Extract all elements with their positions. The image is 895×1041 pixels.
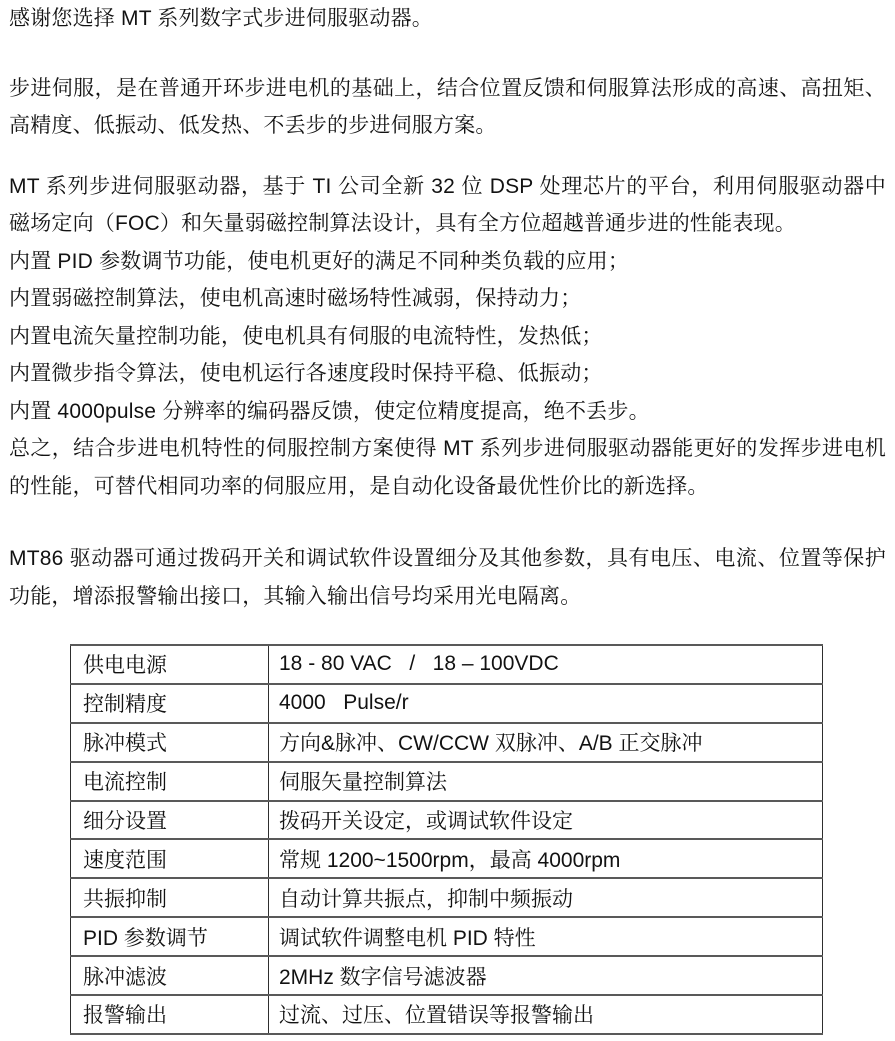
paragraph-mt86-features: MT86 驱动器可通过拨码开关和调试软件设置细分及其他参数，具有电压、电流、位置… — [9, 540, 886, 615]
spec-value-power-supply: 18 - 80 VAC / 18 – 100VDC — [269, 645, 823, 684]
paragraph-intro-thanks: 感谢您选择 MT 系列数字式步进伺服驱动器。 — [9, 0, 886, 38]
spec-label-pulse-filter: 脉冲滤波 — [71, 956, 269, 995]
spec-label-pulse-mode: 脉冲模式 — [71, 723, 269, 762]
spec-label-pid-tuning: PID 参数调节 — [71, 917, 269, 956]
table-row-pulse-mode: 脉冲模式 方向&脉冲、CW/CCW 双脉冲、A/B 正交脉冲 — [71, 723, 823, 762]
feature-line-pid-tuning: 内置 PID 参数调节功能，使电机更好的满足不同种类负载的应用； — [9, 243, 886, 281]
table-row-current-control: 电流控制 伺服矢量控制算法 — [71, 762, 823, 801]
spec-label-current-control: 电流控制 — [71, 762, 269, 801]
feature-line-microstep: 内置微步指令算法，使电机运行各速度段时保持平稳、低振动； — [9, 355, 886, 393]
spec-value-pulse-mode: 方向&脉冲、CW/CCW 双脉冲、A/B 正交脉冲 — [269, 723, 823, 762]
table-row-control-precision: 控制精度 4000 Pulse/r — [71, 684, 823, 723]
paragraph-mt-series-platform: MT 系列步进伺服驱动器，基于 TI 公司全新 32 位 DSP 处理芯片的平台… — [9, 168, 886, 243]
table-row-resonance-suppression: 共振抑制 自动计算共振点，抑制中频振动 — [71, 878, 823, 917]
spec-label-speed-range: 速度范围 — [71, 839, 269, 878]
spec-table: 供电电源 18 - 80 VAC / 18 – 100VDC 控制精度 4000… — [70, 644, 823, 1035]
table-row-alarm-output: 报警输出 过流、过压、位置错误等报警输出 — [71, 995, 823, 1034]
spec-value-pid-tuning: 调试软件调整电机 PID 特性 — [269, 917, 823, 956]
table-row-speed-range: 速度范围 常规 1200~1500rpm，最高 4000rpm — [71, 839, 823, 878]
spec-label-resonance-suppression: 共振抑制 — [71, 878, 269, 917]
spec-label-control-precision: 控制精度 — [71, 684, 269, 723]
table-row-power-supply: 供电电源 18 - 80 VAC / 18 – 100VDC — [71, 645, 823, 684]
paragraph-summary: 总之，结合步进电机特性的伺服控制方案使得 MT 系列步进伺服驱动器能更好的发挥步… — [9, 430, 886, 505]
feature-line-current-vector: 内置电流矢量控制功能，使电机具有伺服的电流特性，发热低； — [9, 318, 886, 356]
spec-label-microstep-setting: 细分设置 — [71, 801, 269, 840]
paragraph-stepper-servo-overview: 步进伺服，是在普通开环步进电机的基础上，结合位置反馈和伺服算法形成的高速、高扭矩… — [9, 70, 886, 145]
spec-value-control-precision: 4000 Pulse/r — [269, 684, 823, 723]
spec-value-microstep-setting: 拨码开关设定，或调试软件设定 — [269, 801, 823, 840]
spec-value-speed-range: 常规 1200~1500rpm，最高 4000rpm — [269, 839, 823, 878]
spec-value-resonance-suppression: 自动计算共振点，抑制中频振动 — [269, 878, 823, 917]
document-page: 感谢您选择 MT 系列数字式步进伺服驱动器。 步进伺服，是在普通开环步进电机的基… — [0, 0, 895, 1041]
table-row-pid-tuning: PID 参数调节 调试软件调整电机 PID 特性 — [71, 917, 823, 956]
spec-value-pulse-filter: 2MHz 数字信号滤波器 — [269, 956, 823, 995]
spec-label-power-supply: 供电电源 — [71, 645, 269, 684]
table-row-microstep-setting: 细分设置 拨码开关设定，或调试软件设定 — [71, 801, 823, 840]
feature-line-field-weakening: 内置弱磁控制算法，使电机高速时磁场特性减弱，保持动力； — [9, 280, 886, 318]
spec-value-current-control: 伺服矢量控制算法 — [269, 762, 823, 801]
table-row-pulse-filter: 脉冲滤波 2MHz 数字信号滤波器 — [71, 956, 823, 995]
spec-value-alarm-output: 过流、过压、位置错误等报警输出 — [269, 995, 823, 1034]
spec-label-alarm-output: 报警输出 — [71, 995, 269, 1034]
feature-line-encoder-feedback: 内置 4000pulse 分辨率的编码器反馈，使定位精度提高，绝不丢步。 — [9, 393, 886, 431]
